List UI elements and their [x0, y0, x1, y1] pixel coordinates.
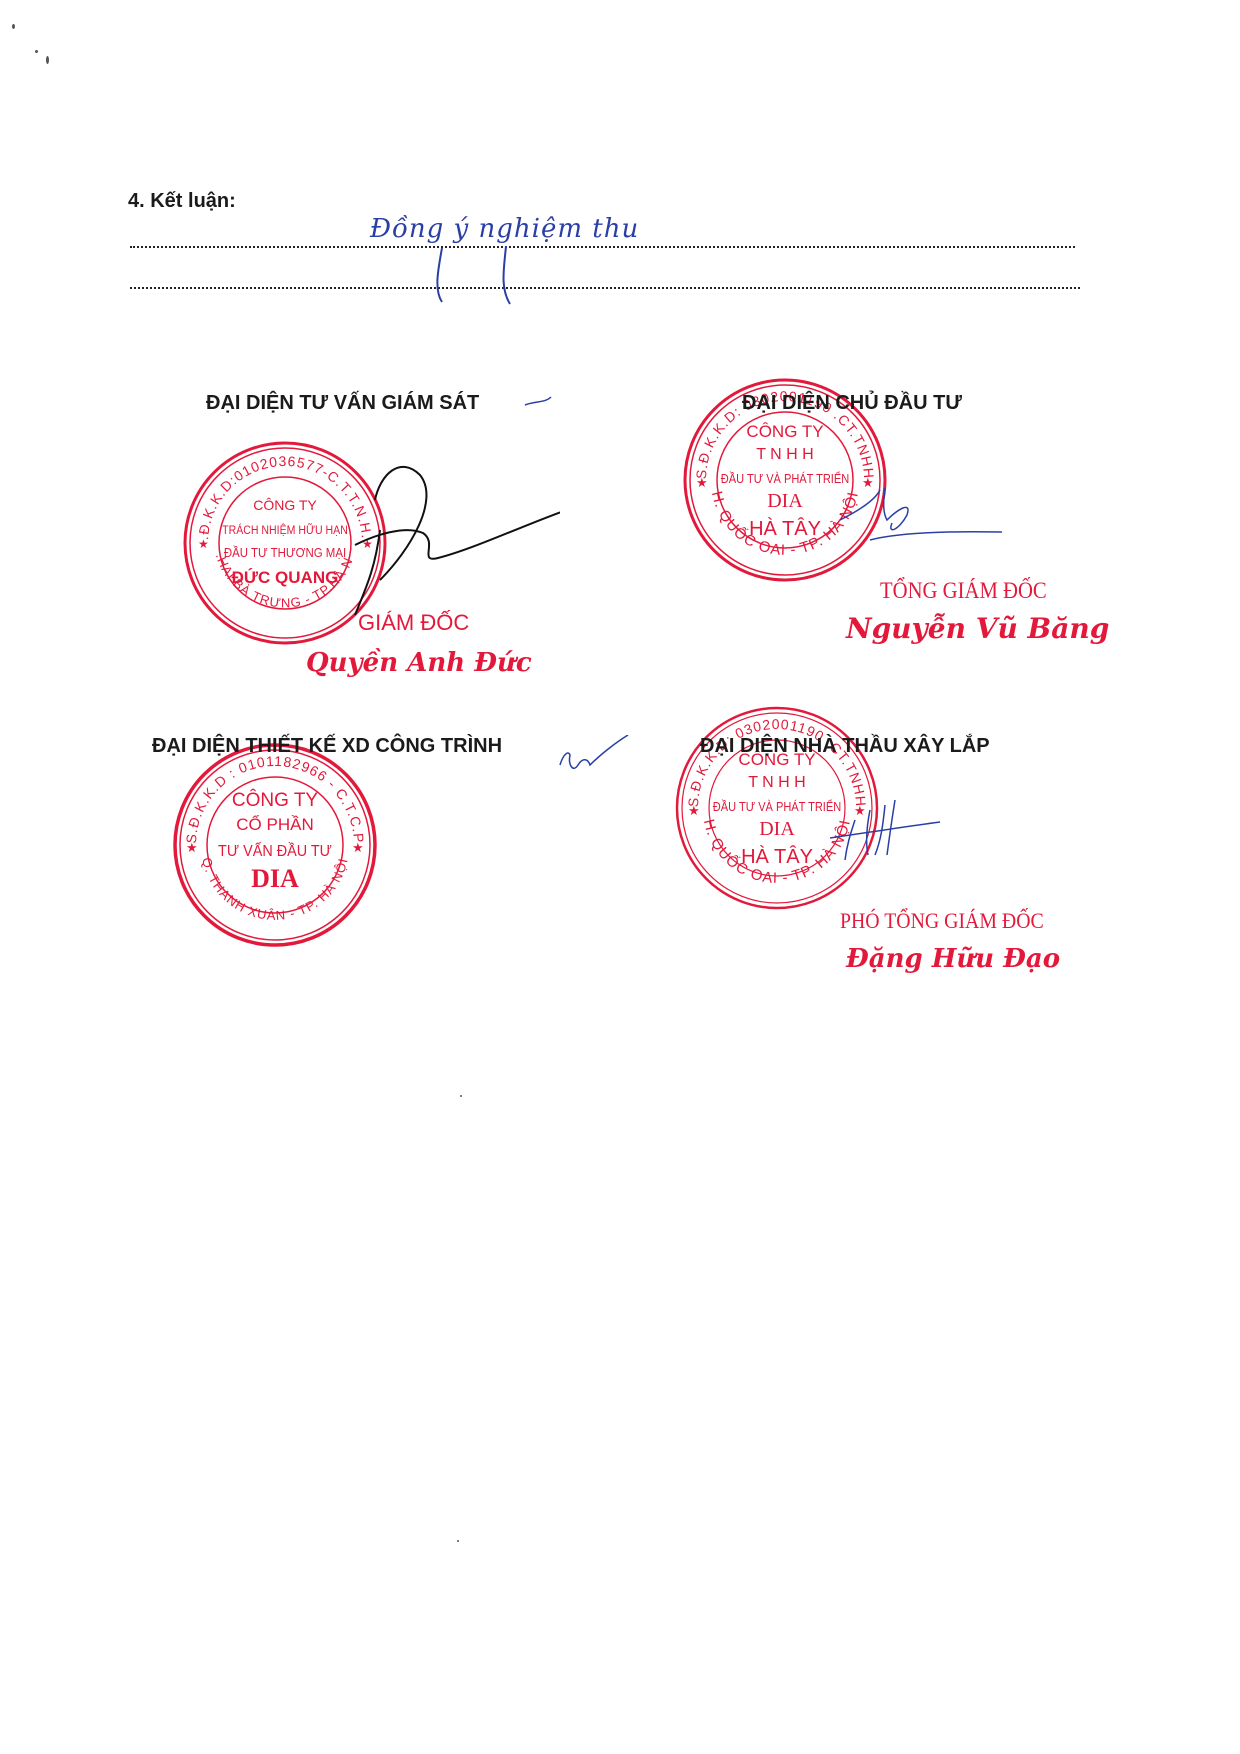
signatory-title-investor: ĐẠI DIỆN CHỦ ĐẦU TƯ [742, 392, 962, 415]
scan-speck [460, 1095, 462, 1097]
signatory-name-contractor: Đặng Hữu Đạo [846, 944, 1060, 974]
stamp-line: ĐẦU TƯ VÀ PHÁT TRIỂN [713, 798, 841, 814]
stamp-line: ĐỨC QUANG [232, 568, 339, 587]
scan-speck [457, 1540, 459, 1542]
conclusion-handwritten-text: Đồng ý nghiệm thu [370, 214, 639, 244]
stamp-star-icon: ★ [688, 803, 700, 818]
stamp-star-icon: ★ [186, 840, 198, 855]
signatory-title-design: ĐẠI DIỆN THIẾT KẾ XD CÔNG TRÌNH [152, 735, 502, 758]
stamp-line: CÔNG TY [253, 497, 317, 513]
stamp-star-icon: ★ [696, 475, 708, 490]
stamp-star-icon: ★ [854, 803, 866, 818]
stamp-line: TƯ VẤN ĐẦU TƯ [218, 842, 332, 860]
signatory-title-contractor: ĐẠI DIỆN NHÀ THẦU XÂY LẮP [700, 735, 990, 758]
stamp-line: T N H H [748, 774, 805, 791]
scan-speck [35, 50, 38, 53]
conclusion-heading: 4. Kết luận: [128, 190, 236, 213]
stamp-line: HÀ TÂY [749, 517, 821, 540]
stamp-line: CÔNG TY [746, 422, 823, 441]
stamp-line: HÀ TÂY [741, 845, 813, 868]
stamp-line: T N H H [756, 446, 813, 463]
stamp-line: ĐẦU TƯ VÀ PHÁT TRIỂN [721, 470, 849, 486]
stamp-star-icon: ★ [352, 840, 364, 855]
stamp-line: CỔ PHẦN [236, 815, 313, 834]
stamp-line: DIA [759, 818, 795, 840]
signatory-name-investor: Nguyễn Vũ Băng [846, 612, 1109, 645]
stamp-star-icon: ★ [198, 537, 209, 551]
stamp-line: CÔNG TY [232, 789, 319, 811]
stamp-line: ĐẦU TƯ THƯƠNG MẠI [224, 544, 346, 560]
signatory-name-supervision: Quyền Anh Đức [306, 648, 532, 678]
scan-speck [46, 56, 49, 64]
company-stamp-dia-design: S.Đ.K.K.D : 0101182966 - C.T.C.P Q. THAN… [170, 740, 380, 950]
conclusion-dotted-line-1 [130, 246, 1075, 248]
signature-design [555, 735, 635, 785]
signatory-role-contractor: PHÓ TỔNG GIÁM ĐỐC [840, 908, 1044, 934]
stamp-line: DIA [767, 490, 803, 512]
stamp-star-icon: ★ [362, 537, 373, 551]
conclusion-dotted-line-2 [130, 287, 1080, 289]
stamp-line: TRÁCH NHIỆM HỮU HẠN [222, 523, 348, 537]
handwriting-descenders [420, 240, 540, 310]
stamp-line: DIA [251, 864, 299, 893]
stamp-star-icon: ★ [862, 475, 874, 490]
signatory-role-investor: TỔNG GIÁM ĐỐC [880, 578, 1047, 604]
signatory-role-supervision: GIÁM ĐỐC [358, 610, 469, 636]
signatory-title-supervision: ĐẠI DIỆN TƯ VẤN GIÁM SÁT [206, 392, 479, 415]
scan-speck [12, 24, 15, 29]
